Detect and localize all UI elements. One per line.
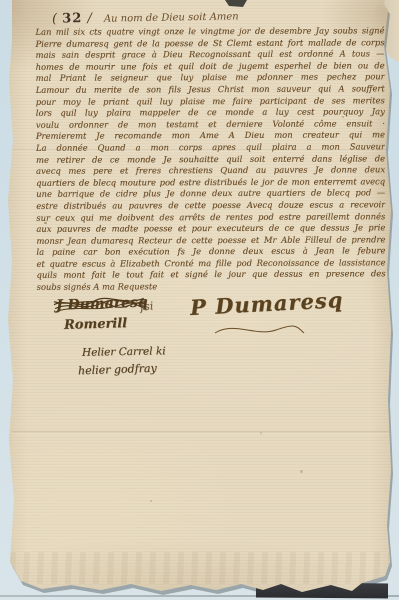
foxing-spot (260, 432, 262, 434)
signature-witness-carrel: Helier Carrel ki (82, 345, 166, 358)
foxing-spot (150, 500, 152, 502)
paper-crease (12, 430, 389, 435)
scratch-out-scribble (52, 292, 149, 317)
signature-witness-romerill: Romerill (64, 316, 128, 333)
manuscript-line: Lamour du merite de son fils Jesus Chris… (36, 83, 385, 96)
signature-paraph: ſsi (139, 299, 154, 313)
folio-open-paren: ( (52, 12, 57, 27)
scanned-document: ( 32 / Au nom de Dieu soit Amen Lan mil … (0, 0, 399, 600)
paper-wrinkles (10, 552, 389, 584)
manuscript-line: Lan mil six cts quatre vingt onze le vin… (35, 25, 384, 38)
signature-testator-crossed-out: J Dumaresq (56, 294, 148, 313)
foxing-spot (300, 470, 303, 473)
signature-flourish (214, 323, 306, 339)
manuscript-body: Lan mil six cts quatre vingt onze le vin… (35, 25, 385, 293)
folio-close-mark: / (87, 11, 92, 26)
document-header: ( 32 / Au nom de Dieu soit Amen (52, 4, 239, 26)
folio-number: 32 (62, 11, 82, 26)
manuscript-line: quils mont fait le tout fait et signé le… (36, 269, 385, 282)
invocation-text: Au nom de Dieu soit Amen (104, 11, 239, 24)
manuscript-paper: ( 32 / Au nom de Dieu soit Amen Lan mil … (0, 0, 399, 600)
manuscript-line: estre distribués au pauvres de cette poe… (36, 199, 385, 212)
signature-witness-godfray: helier godfray (78, 362, 157, 378)
manuscript-line: La donnée Quand a mon corps apres quil p… (36, 141, 385, 154)
